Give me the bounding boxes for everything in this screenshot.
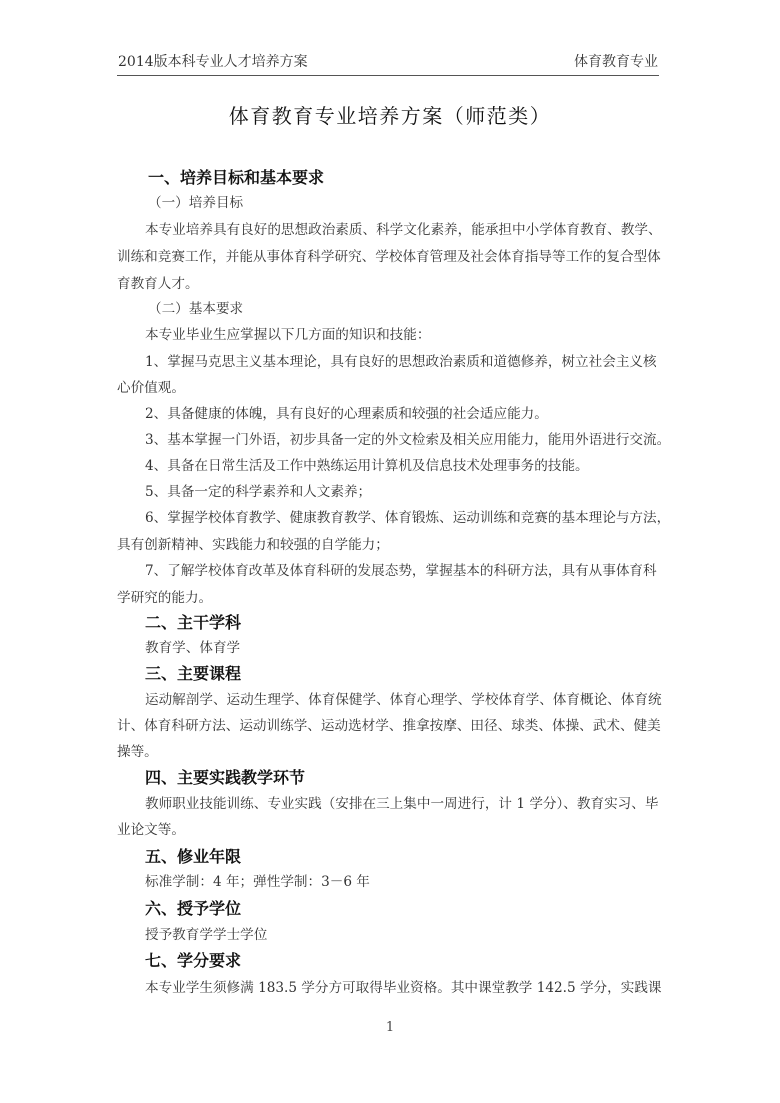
requirement-item-1: 1、掌握马克思主义基本理论，具有良好的思想政治素质和道德修养，树立社会主义核 bbox=[145, 352, 657, 372]
header-rule bbox=[117, 75, 659, 76]
requirement-item-6-cont: 具有创新精神、实践能力和较强的自学能力； bbox=[117, 535, 389, 555]
requirement-item-5: 5、具备一定的科学素养和人文素养； bbox=[145, 482, 371, 502]
paragraph-line: 本专业毕业生应掌握以下几方面的知识和技能： bbox=[145, 325, 430, 345]
running-header-right: 体育教育专业 bbox=[574, 52, 658, 72]
paragraph-line: 操等。 bbox=[117, 742, 158, 762]
section-1-heading: 一、培养目标和基本要求 bbox=[148, 168, 324, 188]
section-4-heading: 四、主要实践教学环节 bbox=[145, 768, 305, 788]
section-5-heading: 五、修业年限 bbox=[145, 847, 241, 867]
paragraph-line: 本专业培养具有良好的思想政治素质、科学文化素养，能承担中小学体育教育、教学、 bbox=[145, 220, 662, 240]
paragraph-line: 计、体育科研方法、运动训练学、运动选材学、推拿按摩、田径、球类、体操、武术、健美 bbox=[117, 716, 661, 736]
requirement-item-7: 7、了解学校体育改革及体育科研的发展态势，掌握基本的科研方法，具有从事体育科 bbox=[145, 561, 657, 581]
requirement-item-7-cont: 学研究的能力。 bbox=[117, 588, 212, 608]
section-6-heading: 六、授予学位 bbox=[145, 899, 241, 919]
requirement-item-4: 4、具备在日常生活及工作中熟练运用计算机及信息技术处理事务的技能。 bbox=[145, 456, 589, 476]
document-page: 2014版本科专业人才培养方案 体育教育专业 体育教育专业培养方案（师范类） 一… bbox=[0, 0, 780, 1103]
paragraph-line: 运动解剖学、运动生理学、体育保健学、体育心理学、学校体育学、体育概论、体育统 bbox=[145, 690, 662, 710]
requirement-item-6: 6、掌握学校体育教学、健康教育教学、体育锻炼、运动训练和竞赛的基本理论与方法， bbox=[145, 508, 670, 528]
section-3-heading: 三、主要课程 bbox=[145, 664, 241, 684]
page-number: 1 bbox=[0, 1020, 780, 1035]
paragraph-line: 授予教育学学士学位 bbox=[145, 925, 267, 945]
document-title: 体育教育专业培养方案（师范类） bbox=[0, 102, 780, 130]
paragraph-line: 标准学制：4 年；弹性学制：3－6 年 bbox=[145, 872, 370, 892]
running-header-left: 2014版本科专业人才培养方案 bbox=[118, 52, 308, 72]
requirement-item-2: 2、具备健康的体魄，具有良好的心理素质和较强的社会适应能力。 bbox=[145, 404, 548, 424]
subsection-1-heading: （一）培养目标 bbox=[148, 193, 243, 213]
paragraph-line: 训练和竞赛工作，并能从事体育科学研究、学校体育管理及社会体育指导等工作的复合型体 bbox=[117, 247, 661, 267]
subsection-2-heading: （二）基本要求 bbox=[148, 299, 243, 319]
paragraph-line: 教育学、体育学 bbox=[145, 638, 240, 658]
section-7-heading: 七、学分要求 bbox=[145, 951, 241, 971]
section-2-heading: 二、主干学科 bbox=[145, 613, 241, 633]
requirement-item-3: 3、基本掌握一门外语，初步具备一定的外文检索及相关应用能力，能用外语进行交流。 bbox=[145, 430, 670, 450]
paragraph-line: 教师职业技能训练、专业实践（安排在三上集中一周进行，计 1 学分）、教育实习、毕 bbox=[145, 794, 658, 814]
paragraph-line: 业论文等。 bbox=[117, 820, 185, 840]
paragraph-line: 本专业学生须修满 183.5 学分方可取得毕业资格。其中课堂教学 142.5 学… bbox=[145, 978, 662, 998]
paragraph-line: 育教育人才。 bbox=[117, 274, 199, 294]
requirement-item-1-cont: 心价值观。 bbox=[117, 378, 185, 398]
